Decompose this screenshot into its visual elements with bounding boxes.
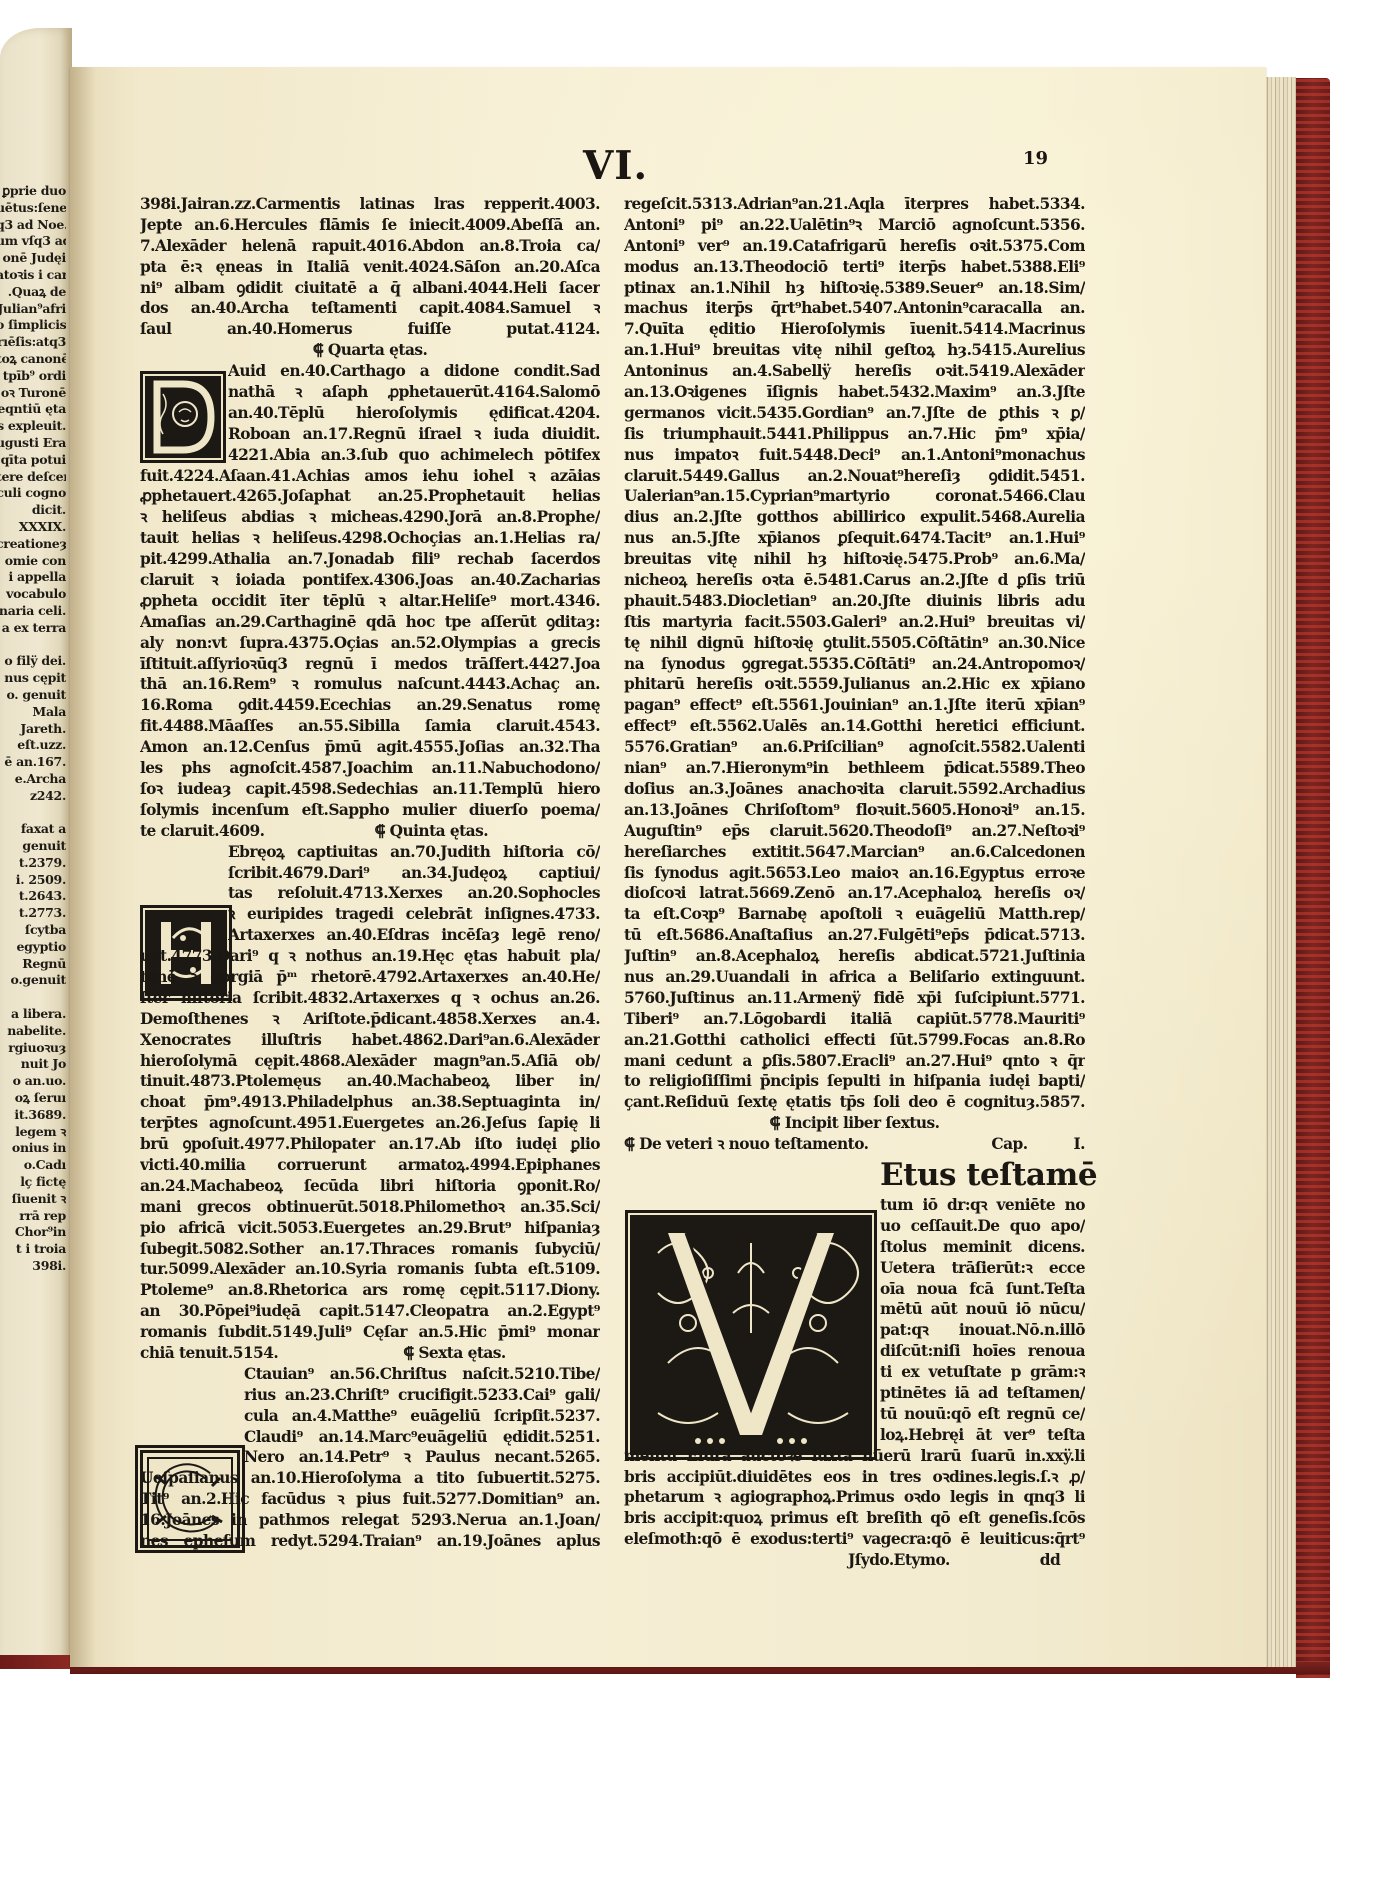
chapter-label: Cap. — [991, 1135, 1027, 1153]
text-line: ſter hiſtoria ſcribit.4832.Artaxerxes q … — [140, 988, 600, 1009]
text-line: an.24.Machabeoꝝ ſecūda libri hiſtoria ꝯp… — [140, 1176, 600, 1197]
text-line: genuit — [0, 838, 66, 855]
text-line: choat p̄m⁹.4913.Philadelphus an.38.Septu… — [140, 1092, 600, 1113]
text-line: ſcribit.4679.Dari⁹ an.34.Judęoꝝ captiui/ — [228, 863, 600, 884]
text-line: a libera. — [0, 1006, 66, 1023]
text-line: i appella — [0, 569, 66, 586]
text-column-left: 398i.Jairan.zz.Carmentis latinas lras re… — [140, 194, 600, 1552]
text-line: mētū aūt nouū iō nūcu/ — [880, 1299, 1085, 1320]
text-line — [0, 637, 66, 654]
text-line: q3 ad Noe. — [0, 217, 66, 234]
text-line: tauit helias ꝛ heliſeus.4298.Ochoçias an… — [140, 528, 600, 549]
text-column-right: regeſcit.5313.Adrian⁹an.21.Aqla īterpres… — [624, 194, 1085, 1571]
section-heading-quarta-aetas: ⸿ Quarta ętas. — [140, 340, 600, 361]
text-line: i. 2509. — [0, 872, 66, 889]
text-line: oꝝ ſeruı — [0, 1090, 66, 1107]
chapter-opening-words: Etus teſtamē — [880, 1155, 1085, 1195]
paragraph-mark-icon: ⸿ — [624, 1135, 639, 1153]
text-line: claruit.5449.Gallus an.2.Nouat⁹hereſiȝ ꝯ… — [624, 466, 1085, 487]
text-line: Amon an.12.Cenſus p̄mū agit.4555.Joſias … — [140, 737, 600, 758]
text-line: legem ꝛ — [0, 1124, 66, 1141]
text-line: Uetera trāſierūt:ꝛ ecce — [880, 1258, 1085, 1279]
text-line: ꝛ euripides tragedi celebrāt inſignes.47… — [228, 904, 600, 925]
folio-number: 19 — [1023, 148, 1048, 169]
text-line: romanis ſubdit.5149.Juli⁹ Cęſar an.5.Hic… — [140, 1322, 600, 1343]
text-line: tere deſcen — [0, 469, 66, 486]
text-line: it.3689. — [0, 1107, 66, 1124]
text-line: 4221.Abia an.3.ſub quo achimelech pōtife… — [228, 445, 600, 466]
text-line: nathā ꝛ aſaph ꝓphetauerūt.4164.Salomō — [228, 382, 600, 403]
text-line: Claudi⁹ an.14.Marc⁹euāgeliū ędidit.5251. — [244, 1427, 600, 1448]
text-line: Antoni⁹ pi⁹ an.22.Ualētin⁹ꝛ Marciō agnoſ… — [624, 215, 1085, 236]
binding-edge-left — [0, 1655, 75, 1669]
paragraph-mark-icon: ⸿ — [313, 341, 328, 359]
text-line: faxat a — [0, 821, 66, 838]
text-line: o.genuit — [0, 972, 66, 989]
text-line: ti ex vetuſtate p grām:ꝛ — [880, 1362, 1085, 1383]
paragraph-mark-icon: ⸿ — [770, 1114, 785, 1132]
text-line: ſiuenit ꝛ — [0, 1191, 66, 1208]
text-line: Nero an.14.Petr⁹ ꝛ Paulus necant.5265. — [244, 1447, 600, 1468]
text-line: t.2379. — [0, 855, 66, 872]
text-line: claruit ꝛ ioiada pontifex.4306.Joas an.4… — [140, 570, 600, 591]
text-line: nuit Jo — [0, 1056, 66, 1073]
text-line: ꝛ heliſeus abdias ꝛ micheas.4290.Jorā an… — [140, 507, 600, 528]
text-line: tpīb⁹ ordi — [0, 368, 66, 385]
text-line: tū nouū:qō eſt regnū ce/ — [880, 1404, 1085, 1425]
text-line: dius an.2.Jſte gotthos abillirico expuli… — [624, 507, 1085, 528]
text-line: tas reſoluit.4713.Xerxes an.20.Sophocles — [228, 883, 600, 904]
text-line: ta eſt.Coꝛp⁹ Barnabę apoſtoli ꝛ euāgeliū… — [624, 904, 1085, 925]
text-line: 398i.Jairan.zz.Carmentis latinas lras re… — [140, 194, 600, 215]
text-line: Jepte an.6.Hercules flāmis ſe iniecit.40… — [140, 215, 600, 236]
text-line: ꝑprie duo — [0, 183, 66, 200]
catchword-line: Jſydo.Etymo.dd — [624, 1550, 1085, 1571]
text-line: Chor⁹in — [0, 1224, 66, 1241]
text-line: s expleuit. — [0, 418, 66, 435]
text-line: rrā rep — [0, 1208, 66, 1225]
text-line: terp̄tes agnoſcunt.4951.Euergetes an.26.… — [140, 1113, 600, 1134]
text-line: an.40.Tēplū hieroſolymis ędificat.4204. — [228, 403, 600, 424]
text-line: nicheoꝝ hereſis oꝛta ē.5481.Carus an.2.J… — [624, 570, 1085, 591]
previous-page-text: ꝑprie duouētus:ſeneq3 ad Noe.um vſq3 ado… — [0, 183, 66, 1275]
text-line — [0, 989, 66, 1006]
text-line: Juſtin⁹ an.8.Acephaloꝝ hereſis abdicat.5… — [624, 946, 1085, 967]
text-line: dicit. — [0, 502, 66, 519]
text-line: an.1.Hui⁹ breuitas vitę nihil geſtoꝝ hȝ.… — [624, 340, 1085, 361]
text-line: o. genuit — [0, 687, 66, 704]
text-line: 5576.Gratian⁹ an.6.Priſcilian⁹ agnoſcit.… — [624, 737, 1085, 758]
text-line: phitarū hereſis oꝛit.5559.Julianus an.2.… — [624, 674, 1085, 695]
text-line: Ebręoꝝ captiuitas an.70.Judith hiſtoria … — [228, 842, 600, 863]
text-line: dos an.40.Archa teſtamenti capit.4084.Sa… — [140, 298, 600, 319]
text-line: machus iterp̄s q̄rt⁹habet.5407.Antonin⁹c… — [624, 298, 1085, 319]
text-line: Antoni⁹ ver⁹ an.19.Catafrigarū hereſis o… — [624, 236, 1085, 257]
text-line: ptinētes iā ad teſtamen/ — [880, 1383, 1085, 1404]
text-line: onius in — [0, 1140, 66, 1157]
text-line: hereſiarches extitit.5647.Marcian⁹ an.6.… — [624, 842, 1085, 863]
text-line: 16.Joānes in pathmos relegat 5293.Nerua … — [140, 1510, 600, 1531]
text-line: ꝓphetauert.4265.Joſaphat an.25.Prophetau… — [140, 486, 600, 507]
text-line: Tiberi⁹ an.7.Lōgobardi italiā capiūt.577… — [624, 1009, 1085, 1030]
text-line: ptinax an.1.Nihil hȝ hiſtoꝛię.5389.Seuer… — [624, 278, 1085, 299]
text-line: ſcytba — [0, 922, 66, 939]
paragraph-mark-icon: ⸿ — [403, 1344, 418, 1362]
text-line: um vſq3 ad — [0, 233, 66, 250]
text-line: Ptoleme⁹ an.8.Rhetorica ars romę cępit.5… — [140, 1280, 600, 1301]
text-line: nus cępit — [0, 670, 66, 687]
chapter-heading: ⸿ De veteri ꝛ nouo teſtamento. Cap.I. — [624, 1134, 1085, 1155]
text-line: rgiuoꝛuȝ — [0, 1040, 66, 1057]
text-line: ſtis martyria facit.5503.Galeri⁹ an.2.Hu… — [624, 612, 1085, 633]
text-line: an 30.Pōpei⁹iudęā capit.5147.Cleopatra a… — [140, 1301, 600, 1322]
text-line: oīa noua fcā ſunt.Teſta — [880, 1279, 1085, 1300]
text-line: mani cedunt a ꝑſis.5807.Eracli⁹ an.27.Hu… — [624, 1051, 1085, 1072]
text-line: .Quaꝝ de — [0, 284, 66, 301]
running-head: VI. — [583, 143, 648, 189]
text-line: ſoꝛ iudeaȝ capit.4598.Sedechias an.11.Te… — [140, 779, 600, 800]
incipit-heading: ⸿ Incipit liber ſextus. — [624, 1113, 1085, 1134]
text-line: vocabulo — [0, 586, 66, 603]
text-line: effect⁹ eſt.5562.Ualēs an.14.Gotthi here… — [624, 716, 1085, 737]
text-line: les phs agnoſcit.4587.Joachim an.11.Nabu… — [140, 758, 600, 779]
gutter-shadow — [70, 67, 96, 1667]
text-line: lç fictę — [0, 1174, 66, 1191]
text-line: 16.Roma ꝯdit.4459.Ecechias an.29.Senatus… — [140, 695, 600, 716]
text-line: ꝓpheta occidit īter tēplū ꝛ altar.Heliſe… — [140, 591, 600, 612]
text-line: Julian⁹afri — [0, 301, 66, 318]
text-line: an.21.Gotthi catholici effecti ſūt.5799.… — [624, 1030, 1085, 1051]
text-line: naria celi. — [0, 603, 66, 620]
text-line: onē Judęi — [0, 250, 66, 267]
text-line: tur.5099.Alexāder an.10.Syria romanis ſu… — [140, 1259, 600, 1280]
text-line: ſis triumphauit.5441.Philippus an.7.Hic … — [624, 424, 1085, 445]
text-line: nus impatoꝛ fuit.5448.Deci⁹ an.1.Antoni⁹… — [624, 445, 1085, 466]
text-line: e.Archa — [0, 771, 66, 788]
text-line: ſaul an.40.Homerus fuiſſe putat.4124. — [140, 319, 600, 340]
text-line: tonē ꝛ gorgiā p̄ᵐ rhetorē.4792.Artaxerxe… — [140, 967, 600, 988]
text-line: Mala — [0, 704, 66, 721]
text-line: loꝝ.Hebręi āt ver⁹ teſta — [880, 1425, 1085, 1446]
text-line: XXXIX. — [0, 519, 66, 536]
text-line: ſolymis incenſum eſt.Sappho mulier diuer… — [140, 800, 600, 821]
text-line: Ueſpaſianus an.10.Hieroſolyma a tito ſub… — [140, 1468, 600, 1489]
text-line: cula an.4.Matthe⁹ euāgeliū ſcripſit.5237… — [244, 1406, 600, 1427]
red-cloth-binding — [1296, 78, 1330, 1678]
text-line: tę nihil dignū hiſtoꝛię ꝯtulit.5505.Cōſt… — [624, 633, 1085, 654]
text-line: uētus:ſene — [0, 200, 66, 217]
text-line: modus an.13.Theodociō terti⁹ iterp̄s hab… — [624, 257, 1085, 278]
text-line: o filÿ dei. — [0, 653, 66, 670]
paragraph-mark-icon: ⸿ — [374, 822, 389, 840]
text-line: ē an.167. — [0, 754, 66, 771]
text-line: fit.4488.Māaſſes an.55.Sibilla ſamia cla… — [140, 716, 600, 737]
previous-page-fragment: ꝑprie duouētus:ſeneq3 ad Noe.um vſq3 ado… — [0, 28, 72, 1668]
text-line: culi cogno — [0, 485, 66, 502]
text-line: Amaſias an.29.Carthaginē qdā hoc tpe aſſ… — [140, 612, 600, 633]
text-line: ugusti Era — [0, 435, 66, 452]
text-line: atoꝛis i car — [0, 267, 66, 284]
text-line: uo ceſſauit.De quo apo/ — [880, 1216, 1085, 1237]
text-line: an.13.Joānes Chriſoſtom⁹ floꝛuit.5605.Ho… — [624, 800, 1085, 821]
text-line: creationeȝ — [0, 536, 66, 553]
section-heading-quinta-aetas: te claruit.4609.⸿ Quinta ętas. — [140, 821, 600, 842]
text-line: mentū Eſdra auctoꝛe iuxta nūerū lrarū ſu… — [624, 1446, 1085, 1467]
text-line: hieroſolymā cępit.4868.Alexāder magn⁹an.… — [140, 1051, 600, 1072]
text-line: brū ꝯpoſuit.4977.Philopater an.17.Ab iſt… — [140, 1134, 600, 1155]
text-line: bris accipiūt.diuidētes eos in tres oꝛdi… — [624, 1467, 1085, 1488]
text-line: t.2643. — [0, 888, 66, 905]
text-line: pio africā vicit.5053.Euergetes an.29.Br… — [140, 1218, 600, 1239]
text-line: pta ē:ꝛ ęneas in Italiā venit.4024.Sāſon… — [140, 257, 600, 278]
signature-mark: dd — [1040, 1551, 1060, 1569]
text-line: Auguſtin⁹ ep̄s claruit.5620.Theodoſi⁹ an… — [624, 821, 1085, 842]
text-line: o.Cadı — [0, 1157, 66, 1174]
text-line: ni⁹ albam ꝯdidit ciuitatē a q̄ albani.40… — [140, 278, 600, 299]
text-line: 5760.Juſtinus an.11.Armenÿ fidē xp̄i ſuſ… — [624, 988, 1085, 1009]
text-line: Auid en.40.Carthago a didone condit.Sad — [228, 361, 600, 382]
text-line — [0, 804, 66, 821]
text-line: Regnū — [0, 956, 66, 973]
text-line: nus an.5.Jſte xp̄ianos ꝑſequit.6474.Taci… — [624, 528, 1085, 549]
text-line: Jareth. — [0, 721, 66, 738]
catchword: Jſydo.Etymo. — [848, 1551, 950, 1569]
text-line: diſcūt:niſi hoīes renoua — [880, 1341, 1085, 1362]
text-line: pagan⁹ effect⁹ eſt.5561.Jouinian⁹ an.1.J… — [624, 695, 1085, 716]
text-line: rıēſis:atq3 — [0, 334, 66, 351]
text-line: doſius an.3.Joānes anachoꝛita claruit.55… — [624, 779, 1085, 800]
text-line: o an.uo. — [0, 1073, 66, 1090]
text-line: an.13.Oꝛigenes īſignis habet.5432.Maxim⁹… — [624, 382, 1085, 403]
text-line: pit.4299.Athalia an.7.Jonadab fili⁹ rech… — [140, 549, 600, 570]
text-line: nabelite. — [0, 1023, 66, 1040]
text-line: 398i. — [0, 1258, 66, 1275]
text-line: 7.Quīta ęditio Hieroſolymis īuenit.5414.… — [624, 319, 1085, 340]
text-line: eleſmoth:qō ē exodus:terti⁹ vagecra:qō ē… — [624, 1529, 1085, 1550]
text-line: 7.Alexāder helenā rapuit.4016.Abdon an.8… — [140, 236, 600, 257]
text-line: çant.Reſiduū ſextę ętatis tp̄s ſoli deo … — [624, 1092, 1085, 1113]
text-line: germanos vicit.5435.Gordian⁹ an.7.Jſte d… — [624, 403, 1085, 424]
text-line: rius an.23.Chriſt⁹ crucifigit.5233.Cai⁹ … — [244, 1385, 600, 1406]
text-line: a ex terra — [0, 620, 66, 637]
text-line: nes epheſum redyt.5294.Traian⁹ an.19.Joā… — [140, 1531, 600, 1552]
text-line: regeſcit.5313.Adrian⁹an.21.Aqla īterpres… — [624, 194, 1085, 215]
text-line: toꝝ canonē — [0, 351, 66, 368]
chapter-number: I. — [1074, 1135, 1085, 1153]
text-line: t i troia — [0, 1241, 66, 1258]
text-line: eqntiū ęta — [0, 401, 66, 418]
text-line: z242. — [0, 788, 66, 805]
text-line: bris accipit:quoꝝ primus eſt breſith qō … — [624, 1508, 1085, 1529]
text-line: nian⁹ an.7.Hieronym⁹in bethleem p̄dicat.… — [624, 758, 1085, 779]
text-line: eſt.uzz. — [0, 737, 66, 754]
text-line: Demoſthenes ꝛ Ariſtote.p̄dicant.4858.Xer… — [140, 1009, 600, 1030]
text-line: egyptio — [0, 939, 66, 956]
text-line: na ſynodus ꝯgregat.5535.Cōſtāti⁹ an.24.A… — [624, 654, 1085, 675]
text-line: omie con — [0, 553, 66, 570]
section-heading-sexta-aetas: chiā tenuit.5154.⸿ Sexta ętas. — [140, 1343, 600, 1364]
text-line: Ctauian⁹ an.56.Chriſtus naſcit.5210.Tibe… — [244, 1364, 600, 1385]
text-line: aly non:vt ſupra.4375.Oçias an.52.Olympi… — [140, 633, 600, 654]
text-line: īſtituit.aſſyrioꝛūq3 regnū ī medos trāſf… — [140, 654, 600, 675]
text-line: breuitas vitę nihil hȝ hiſtoꝛię.5475.Pro… — [624, 549, 1085, 570]
text-line: o ſimplicis — [0, 317, 66, 334]
text-line: phauit.5483.Diocletian⁹ an.20.Jſte diuin… — [624, 591, 1085, 612]
text-line: tinuit.4873.Ptolemęus an.40.Machabeoꝝ li… — [140, 1071, 600, 1092]
text-line: mani grecos obtinuerūt.5018.Philomethoꝛ … — [140, 1197, 600, 1218]
text-line: to religioſiſſimi p̄ncipis ſepulti in hi… — [624, 1071, 1085, 1092]
text-line: Xenocrates illuſtris habet.4862.Dari⁹an.… — [140, 1030, 600, 1051]
text-line: Roboan an.17.Regnū iſrael ꝛ iuda diuidit… — [228, 424, 600, 445]
text-line: nus an.29.Uuandali in africa a Beliſario… — [624, 967, 1085, 988]
text-line: tum iō dr:qꝛ veniēte no — [880, 1195, 1085, 1216]
text-line: uat.4773.Dari⁹ q ꝛ nothus an.19.Hęc ętas… — [140, 946, 600, 967]
text-line: fuit.4224.Aſaan.41.Achias amos iehu iohe… — [140, 466, 600, 487]
text-line: qīta potui — [0, 452, 66, 469]
text-line: Tit⁹ an.2.Hic facūdus ꝛ pius fuit.5277.D… — [140, 1489, 600, 1510]
text-line: oꝛ Turonē — [0, 385, 66, 402]
text-line: ſis ſynodus agit.5653.Leo maioꝛ an.16.Eg… — [624, 863, 1085, 884]
text-line: ſtolus meminit dicens. — [880, 1237, 1085, 1258]
text-line: dioſcoꝛi latrat.5669.Zenō an.17.Acephalo… — [624, 883, 1085, 904]
text-line: Antoninus an.4.Sabellÿ hereſis oꝛit.5419… — [624, 361, 1085, 382]
text-line: Artaxerxes an.40.Eſdras incēſaȝ legē ren… — [228, 925, 600, 946]
text-line: t.2773. — [0, 905, 66, 922]
text-line: victi.40.milia corruerunt armatoꝝ.4994.E… — [140, 1155, 600, 1176]
text-line: tū eſt.5686.Anaſtaſius an.27.Fulgēti⁹ep̄… — [624, 925, 1085, 946]
text-line: phetarum ꝛ agiographoꝝ.Primus oꝛdo legis… — [624, 1487, 1085, 1508]
text-line: thā an.16.Rem⁹ ꝛ romulus naſcunt.4443.Ac… — [140, 674, 600, 695]
text-line: ſubegit.5082.Sother an.17.Thraces romani… — [140, 1239, 600, 1260]
text-line: pat:qꝛ inouat.Nō.n.illō — [880, 1320, 1085, 1341]
text-line: Ualerian⁹an.15.Cyprian⁹martyrio coronat.… — [624, 486, 1085, 507]
